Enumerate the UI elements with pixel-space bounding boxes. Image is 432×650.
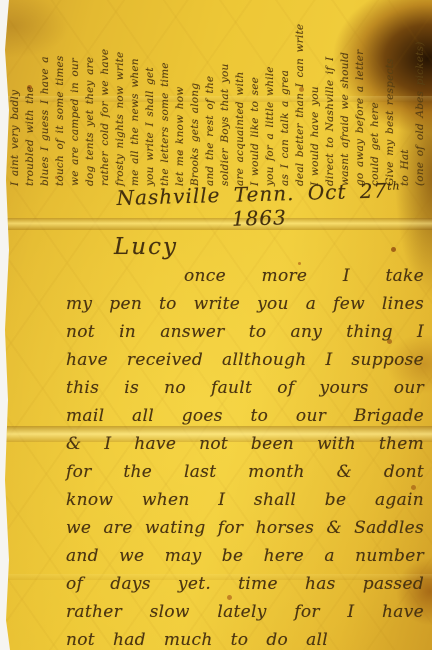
paper-speckles xyxy=(0,0,3,3)
body-line: once more I take xyxy=(66,262,424,290)
cross-writing-line: are acquainted with xyxy=(233,0,248,186)
body-line: my pen to write you a few lines xyxy=(66,290,424,318)
body-line: mail all goes to our Brigade xyxy=(66,402,424,430)
body-line: for the last month & dont xyxy=(66,458,424,486)
dateline-date: Oct 27 xyxy=(307,178,387,204)
cross-writing-line: direct to Nashville if I xyxy=(323,0,338,186)
dateline-year: 1863 xyxy=(232,205,288,231)
cross-writing-line: soldier Boys that you xyxy=(218,0,233,186)
cross-writing-line: we are camped in our xyxy=(68,0,83,186)
cross-writing-line: and the rest of the xyxy=(203,0,218,186)
cross-writing-line: troubled with the xyxy=(23,0,38,186)
body-line: not had much to do all xyxy=(66,626,424,650)
cross-writing-block: I aint very badly troubled with the blue… xyxy=(10,0,426,186)
cross-writing-line: I aint very badly xyxy=(8,0,23,186)
cross-writing-line: Give my best respects xyxy=(383,0,398,186)
cross-writing-line: deal better than I can write xyxy=(293,0,308,186)
body-line: not in answer to any thing I xyxy=(66,318,424,346)
cross-writing-line: me all the news when xyxy=(128,0,143,186)
dateline-ordinal: th xyxy=(387,179,401,192)
cross-writing-line: the letters some time xyxy=(158,0,173,186)
salutation: Lucy xyxy=(114,234,178,260)
body-line: and we may be here a number xyxy=(66,542,424,570)
body-line: & I have not been with them xyxy=(66,430,424,458)
cross-writing-line: frosty nights now write xyxy=(113,0,128,186)
cross-writing-line: (one of old Abes pickets) xyxy=(413,0,428,186)
cross-writing-line: could get here xyxy=(368,0,383,186)
cross-writing-line: touch of it some times xyxy=(53,0,68,186)
cross-writing-line: Brooks gets along xyxy=(188,0,203,186)
letter-body: once more I take my pen to write you a f… xyxy=(66,262,424,650)
cross-writing-line: you write I shall get xyxy=(143,0,158,186)
cross-writing-line: I would have you xyxy=(308,0,323,186)
body-line: we are wating for horses & Saddles xyxy=(66,514,424,542)
body-line: have received allthough I suppose xyxy=(66,346,424,374)
cross-writing-line: wasnt afraid we should xyxy=(338,0,353,186)
body-line: know when I shall be again xyxy=(66,486,424,514)
cross-writing-line: I would like to see xyxy=(248,0,263,186)
cross-writing-line: to Hat xyxy=(398,0,413,186)
body-line: of days yet. time has passed xyxy=(66,570,424,598)
cross-writing-text: I aint very badly troubled with the blue… xyxy=(8,0,428,186)
cross-writing-line: blues I guess I have a xyxy=(38,0,53,186)
cross-writing-line: you for a little while xyxy=(263,0,278,186)
cross-writing-line: dog tents yet they are xyxy=(83,0,98,186)
cross-writing-line: let me know how xyxy=(173,0,188,186)
letter-dateline: Nashville Tenn. Oct 27th 1863 xyxy=(87,177,430,235)
body-line: rather slow lately for I have xyxy=(66,598,424,626)
body-line: this is no fault of yours our xyxy=(66,374,424,402)
letter-paper: I aint very badly troubled with the blue… xyxy=(0,0,432,650)
cross-writing-line: rather cold for we have xyxy=(98,0,113,186)
cross-writing-line: go away before a letter xyxy=(353,0,368,186)
cross-writing-line: as I can talk a grea xyxy=(278,0,293,186)
letter-photo: I aint very badly troubled with the blue… xyxy=(0,0,432,650)
